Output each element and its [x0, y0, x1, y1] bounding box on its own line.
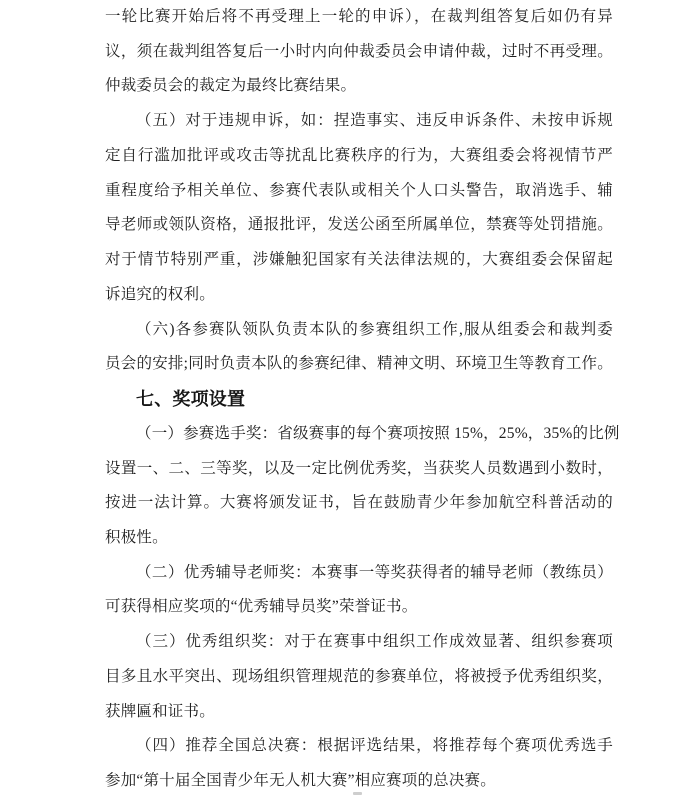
text-line: 设置一、二、三等奖，以及一定比例优秀奖，当获奖人员数遇到小数时，	[105, 452, 613, 487]
text-line: 员会的安排;同时负责本队的参赛纪律、精神文明、环境卫生等教育工作。	[105, 347, 613, 382]
page-number-mark	[353, 792, 362, 795]
paragraph-first-line: （一）参赛选手奖：省级赛事的每个赛项按照 15%，25%，35%的比例	[105, 417, 613, 452]
text-line: 可获得相应奖项的“优秀辅导员奖”荣誉证书。	[105, 590, 613, 625]
text-line: 重程度给予相关单位、参赛代表队或相关个人口头警告，取消选手、辅	[105, 174, 613, 209]
text-line: 一轮比赛开始后将不再受理上一轮的申诉），在裁判组答复后如仍有异	[105, 0, 613, 35]
text-line: 目多且水平突出、现场组织管理规范的参赛单位，将被授予优秀组织奖，	[105, 660, 613, 695]
document-text-block: 一轮比赛开始后将不再受理上一轮的申诉），在裁判组答复后如仍有异 议，须在裁判组答…	[105, 0, 613, 799]
document-page: 一轮比赛开始后将不再受理上一轮的申诉），在裁判组答复后如仍有异 议，须在裁判组答…	[0, 0, 690, 799]
paragraph-first-line: （五）对于违规申诉，如：捏造事实、违反申诉条件、未按申诉规	[105, 104, 613, 139]
text-line: 仲裁委员会的裁定为最终比赛结果。	[105, 69, 613, 104]
text-line: 获牌匾和证书。	[105, 695, 613, 730]
text-line: 定自行滥加批评或攻击等扰乱比赛秩序的行为，大赛组委会将视情节严	[105, 139, 613, 174]
text-line: 导老师或领队资格，通报批评，发送公函至所属单位，禁赛等处罚措施。	[105, 208, 613, 243]
paragraph-first-line: （六)各参赛队领队负责本队的参赛组织工作,服从组委会和裁判委	[105, 313, 613, 348]
paragraph-first-line: （二）优秀辅导老师奖：本赛事一等奖获得者的辅导老师（教练员）	[105, 556, 613, 591]
paragraph-first-line: （三）优秀组织奖：对于在赛事中组织工作成效显著、组织参赛项	[105, 625, 613, 660]
section-heading-awards: 七、奖项设置	[105, 382, 613, 417]
text-line: 对于情节特别严重，涉嫌触犯国家有关法律法规的，大赛组委会保留起	[105, 243, 613, 278]
text-line: 议，须在裁判组答复后一小时内向仲裁委员会申请仲裁，过时不再受理。	[105, 35, 613, 70]
text-line: 诉追究的权利。	[105, 278, 613, 313]
text-line: 按进一法计算。大赛将颁发证书，旨在鼓励青少年参加航空科普活动的	[105, 486, 613, 521]
text-line: 积极性。	[105, 521, 613, 556]
paragraph-first-line: （四）推荐全国总决赛：根据评选结果，将推荐每个赛项优秀选手	[105, 729, 613, 764]
